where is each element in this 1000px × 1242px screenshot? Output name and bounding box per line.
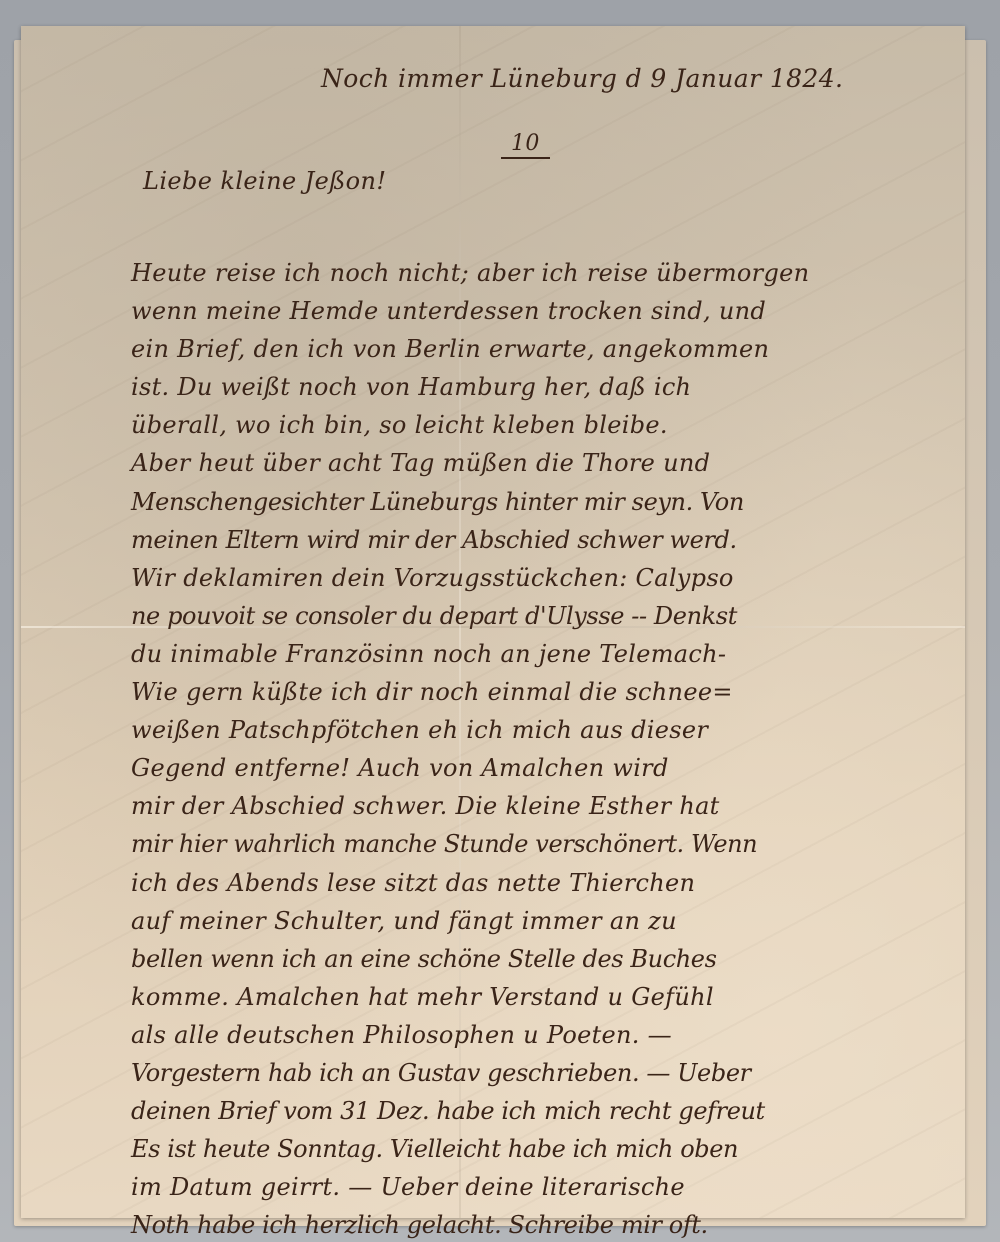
letter-line: weißen Patschpfötchen eh ich mich aus di…: [131, 711, 981, 749]
letter-line: Gegend entferne! Auch von Amalchen wird: [131, 749, 981, 787]
letter-number: 10: [501, 131, 550, 159]
letter-line: überall, wo ich bin, so leicht kleben bl…: [131, 406, 981, 444]
letter-line: Es ist heute Sonntag. Vielleicht habe ic…: [131, 1130, 981, 1168]
letter-line: ne pouvoit se consoler du depart d'Ulyss…: [131, 597, 981, 635]
letter-line: mir hier wahrlich manche Stunde verschön…: [131, 825, 981, 863]
letter-line: wenn meine Hemde unterdessen trocken sin…: [131, 292, 981, 330]
letter-line: komme. Amalchen hat mehr Verstand u Gefü…: [131, 978, 981, 1016]
letter-line: mir der Abschied schwer. Die kleine Esth…: [131, 787, 981, 825]
letter-line: du inimable Französinn noch an jene Tele…: [131, 635, 981, 673]
letter-line: Menschengesichter Lüneburgs hinter mir s…: [131, 483, 981, 521]
letter-page: Noch immer Lüneburg d 9 Januar 1824. 10 …: [21, 26, 965, 1218]
letter-line: als alle deutschen Philosophen u Poeten.…: [131, 1016, 981, 1054]
letter-line: Vorgestern hab ich an Gustav geschrieben…: [131, 1054, 981, 1092]
letter-line: Noth habe ich herzlich gelacht. Schreibe…: [131, 1206, 981, 1242]
letter-line: Wir deklamiren dein Vorzugsstückchen: Ca…: [131, 559, 981, 597]
letter-line: ich des Abends lese sitzt das nette Thie…: [131, 864, 981, 902]
letter-line: meinen Eltern wird mir der Abschied schw…: [131, 521, 981, 559]
letter-heading-place-date: Noch immer Lüneburg d 9 Januar 1824.: [321, 64, 843, 93]
letter-line: Aber heut über acht Tag müßen die Thore …: [131, 444, 981, 482]
letter-line: Wie gern küßte ich dir noch einmal die s…: [131, 673, 981, 711]
letter-line: auf meiner Schulter, und fängt immer an …: [131, 902, 981, 940]
letter-line: deinen Brief vom 31 Dez. habe ich mich r…: [131, 1092, 981, 1130]
letter-line: ist. Du weißt noch von Hamburg her, daß …: [131, 368, 981, 406]
letter-line: bellen wenn ich an eine schöne Stelle de…: [131, 940, 981, 978]
letter-line: Heute reise ich noch nicht; aber ich rei…: [131, 254, 981, 292]
letter-line: ein Brief, den ich von Berlin erwarte, a…: [131, 330, 981, 368]
letter-line: im Datum geirrt. — Ueber deine literaris…: [131, 1168, 981, 1206]
letter-salutation: Liebe kleine Jeßon!: [143, 167, 386, 195]
letter-body: Heute reise ich noch nicht; aber ich rei…: [131, 254, 981, 1242]
